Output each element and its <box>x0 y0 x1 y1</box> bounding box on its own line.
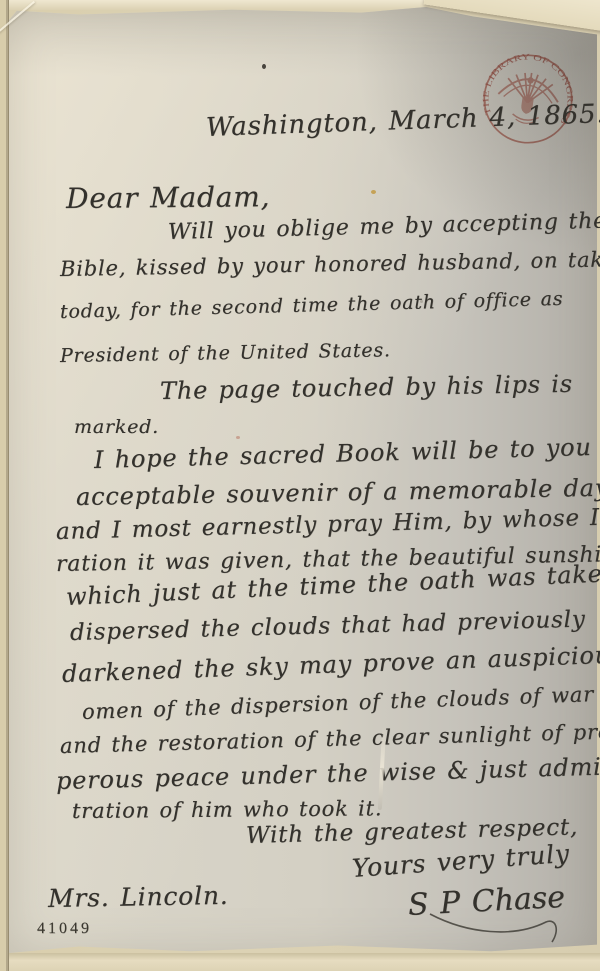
body-line: The page touched by his lips is <box>160 370 573 405</box>
body-line: tration of him who took it. <box>72 796 382 823</box>
ink-speck <box>262 64 266 69</box>
body-line: perous peace under the wise & just admin… <box>56 751 600 794</box>
scanned-letter-photo: THE LIBRARY OF CONGRESS Washington, Marc… <box>0 0 600 971</box>
body-line: President of the United States. <box>60 339 391 367</box>
body-line: darkened the sky may prove an auspicious <box>62 640 600 688</box>
stain-speck <box>420 300 423 303</box>
body-line: today, for the second time the oath of o… <box>60 288 564 323</box>
stain-speck <box>371 190 376 194</box>
body-line: acceptable souvenir of a memorable day; <box>76 474 600 511</box>
body-line: and the restoration of the clear sunligh… <box>60 719 600 758</box>
body-line: I hope the sacred Book will be to you an <box>94 432 600 474</box>
body-line: marked. <box>74 416 159 438</box>
docket-recipient: Mrs. Lincoln. <box>48 881 229 913</box>
salutation: Dear Madam, <box>66 180 271 215</box>
letter-content: THE LIBRARY OF CONGRESS Washington, Marc… <box>0 0 600 971</box>
stain-speck <box>236 436 240 439</box>
closing-valediction: Yours very truly <box>351 839 571 883</box>
body-line: dispersed the clouds that had previously <box>70 607 586 646</box>
signature-flourish <box>428 908 568 950</box>
catalog-number: 41049 <box>37 920 92 938</box>
body-line: Will you oblige me by accepting the <box>168 209 600 245</box>
body-line: omen of the dispersion of the clouds of … <box>82 682 595 724</box>
body-line: Bible, kissed by your honored husband, o… <box>60 247 600 281</box>
